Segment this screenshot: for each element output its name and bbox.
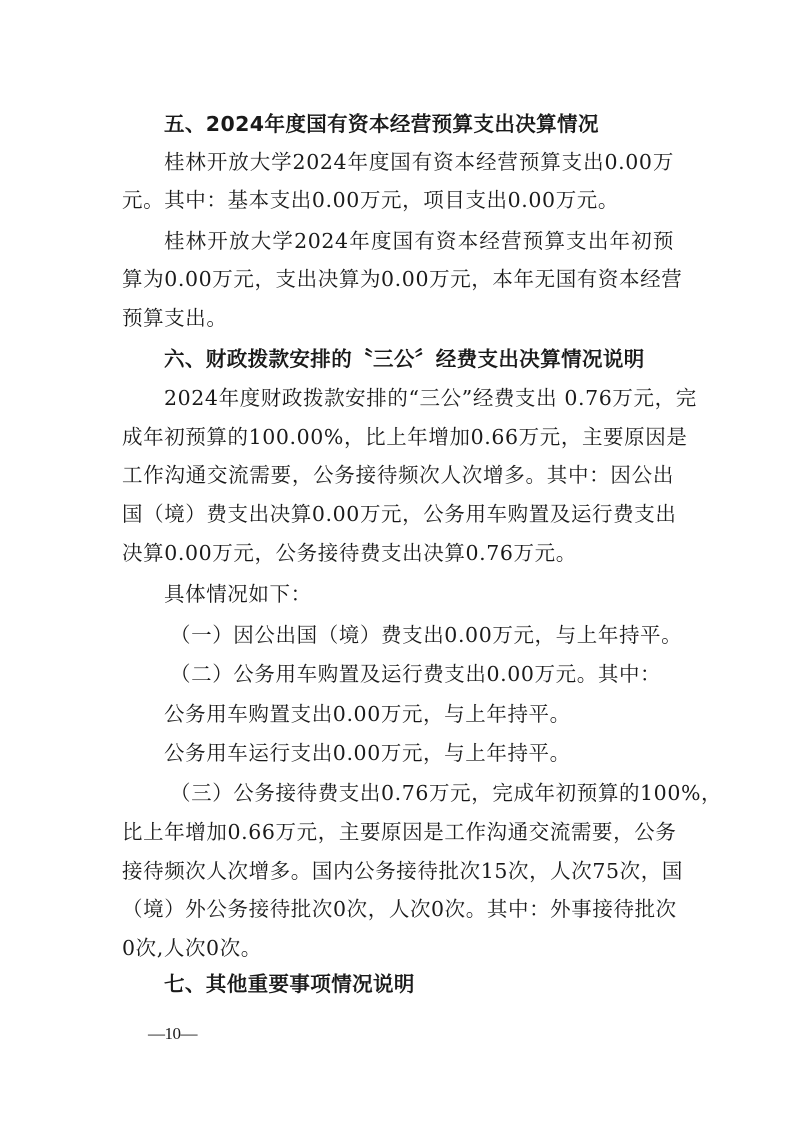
section-heading-6: 六、财政拨款安排的〝三公〞经费支出决算情况说明 [164, 345, 716, 373]
page-number: —10— [148, 1024, 197, 1044]
paragraph-line: 2024年度财政拨款安排的“三公”经费支出 0.76万元，完 [164, 384, 674, 412]
paragraph-line: 国（境）费支出决算0.00万元，公务用车购置及运行费支出 [122, 500, 674, 528]
paragraph-line: 预算支出。 [122, 304, 674, 332]
list-item-1: （一）因公出国（境）费支出0.00万元，与上年持平。 [170, 621, 674, 649]
paragraph-line: 桂林开放大学2024年度国有资本经营预算支出年初预 [164, 227, 674, 255]
paragraph-line: 工作沟通交流需要，公务接待频次人次增多。其中：因公出 [122, 461, 674, 489]
paragraph-line: 桂林开放大学2024年度国有资本经营预算支出0.00万 [164, 148, 674, 176]
paragraph-line: 具体情况如下： [164, 580, 674, 608]
paragraph-line: 接待频次人次增多。国内公务接待批次15次，人次75次，国 [122, 857, 674, 885]
paragraph-line: （境）外公务接待批次0次，人次0次。其中：外事接待批次 [122, 895, 674, 923]
list-item-3: （三）公务接待费支出0.76万元，完成年初预算的100%， [170, 779, 674, 807]
section-heading-7: 七、其他重要事项情况说明 [164, 970, 716, 998]
paragraph-line: 比上年增加0.66万元，主要原因是工作沟通交流需要，公务 [122, 818, 674, 846]
list-item-2: （二）公务用车购置及运行费支出0.00万元。其中： [170, 660, 674, 688]
paragraph-line: 元。其中：基本支出0.00万元，项目支出0.00万元。 [122, 186, 674, 214]
paragraph-line: 算为0.00万元，支出决算为0.00万元，本年无国有资本经营 [122, 265, 674, 293]
paragraph-line: 决算0.00万元，公务接待费支出决算0.76万元。 [122, 539, 674, 567]
paragraph-line: 成年初预算的100.00%，比上年增加0.66万元，主要原因是 [122, 423, 674, 451]
document-page: 五、2024年度国有资本经营预算支出决算情况 桂林开放大学2024年度国有资本经… [0, 0, 800, 1131]
paragraph-line: 公务用车购置支出0.00万元，与上年持平。 [164, 700, 674, 728]
section-heading-5: 五、2024年度国有资本经营预算支出决算情况 [164, 110, 716, 138]
paragraph-line: 0次,人次0次。 [122, 934, 674, 962]
paragraph-line: 公务用车运行支出0.00万元，与上年持平。 [164, 739, 674, 767]
